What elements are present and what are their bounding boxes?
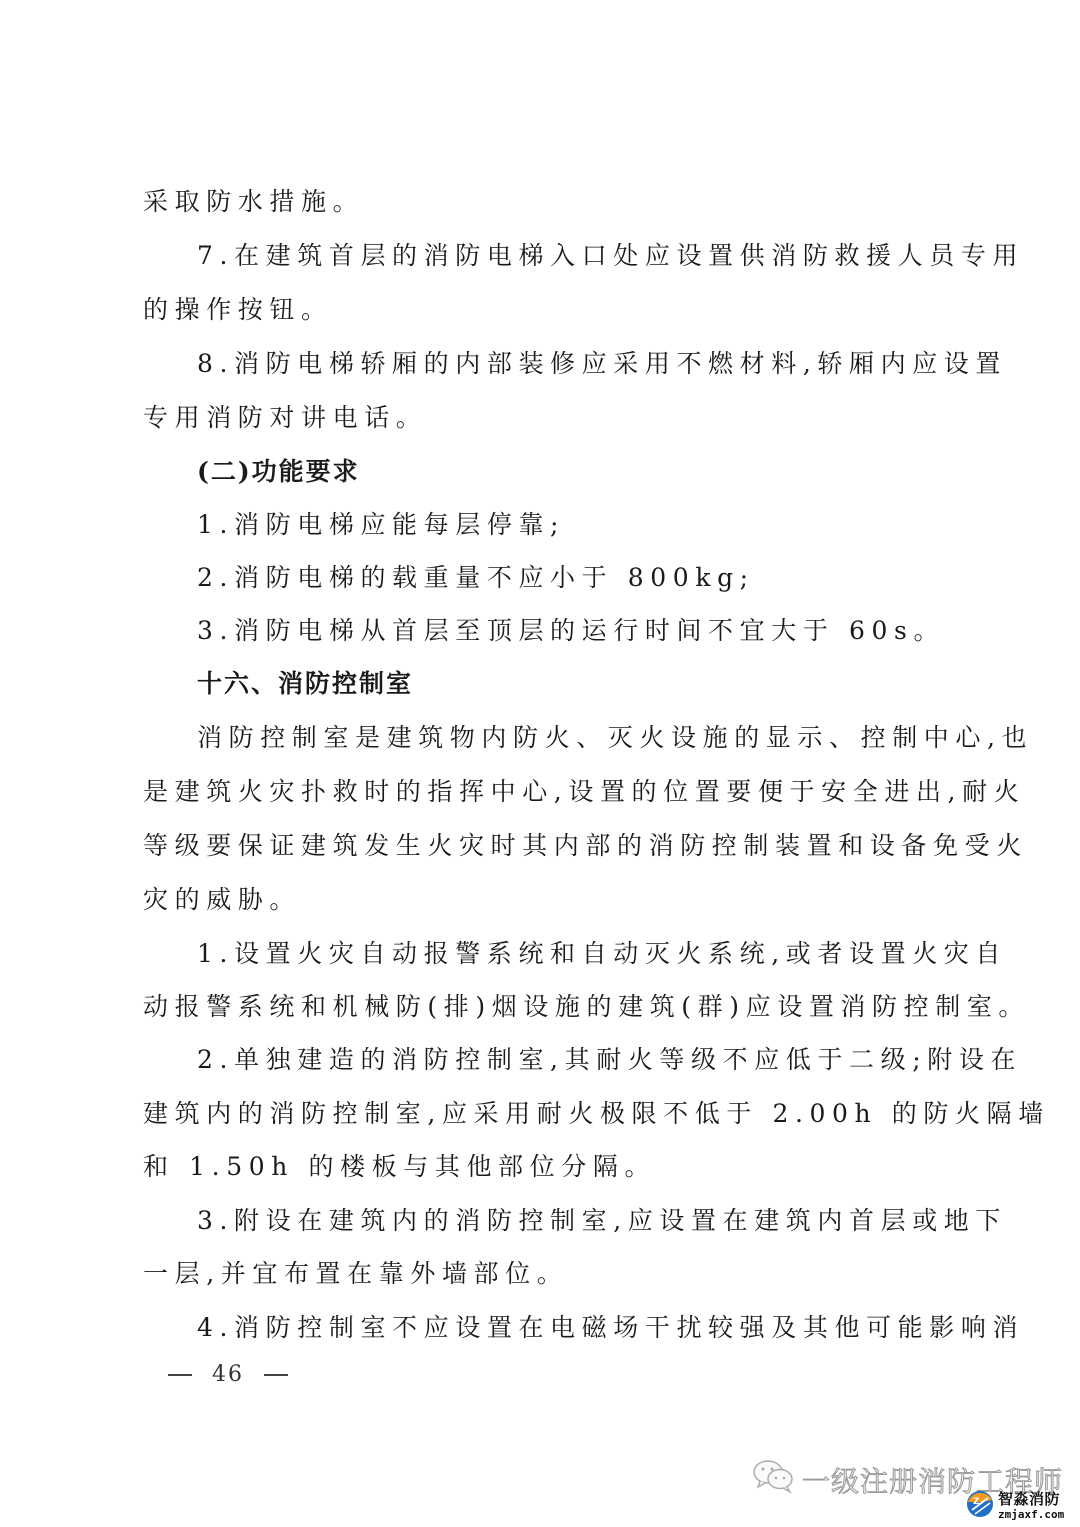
- paragraph-line: 灾的威胁。: [143, 885, 943, 915]
- paragraph-line: 8.消防电梯轿厢的内部装修应采用不燃材料,轿厢内应设置: [197, 349, 997, 379]
- page-number-value: 46: [212, 1362, 244, 1388]
- section-heading: 十六、消防控制室: [197, 669, 997, 699]
- paragraph-line: 3.附设在建筑内的消防控制室,应设置在建筑内首层或地下: [197, 1206, 997, 1236]
- paragraph-line: 等级要保证建筑发生火灾时其内部的消防控制装置和设备免受火: [143, 831, 943, 861]
- paragraph-line: 动报警系统和机械防(排)烟设施的建筑(群)应设置消防控制室。: [143, 992, 943, 1022]
- paragraph-line: 采取防水措施。: [143, 187, 943, 217]
- svg-text:Z: Z: [973, 1497, 980, 1507]
- paragraph-line: 消防控制室是建筑物内防火、灭火设施的显示、控制中心,也: [197, 723, 997, 753]
- logo-url: zmjaxf.com: [998, 1509, 1064, 1520]
- paragraph-line: 是建筑火灾扑救时的指挥中心,设置的位置要便于安全进出,耐火: [143, 777, 943, 807]
- paragraph-line: 和 1.50h 的楼板与其他部位分隔。: [143, 1152, 943, 1182]
- paragraph-line: 3.消防电梯从首层至顶层的运行时间不宜大于 60s。: [197, 616, 997, 646]
- paragraph-line: 1.设置火灾自动报警系统和自动灭火系统,或者设置火灾自: [197, 939, 997, 969]
- site-logo: Z 智淼消防 zmjaxf.com: [966, 1490, 1064, 1522]
- paragraph-line: 2.单独建造的消防控制室,其耐火等级不应低于二级;附设在: [197, 1045, 997, 1075]
- document-page: 采取防水措施。7.在建筑首层的消防电梯入口处应设置供消防救援人员专用的操作按钮。…: [0, 0, 1080, 1527]
- wechat-icon: [752, 1458, 796, 1501]
- logo-icon: Z: [966, 1490, 994, 1522]
- paragraph-line: 1.消防电梯应能每层停靠;: [197, 510, 997, 540]
- dash-left: [168, 1374, 192, 1376]
- section-heading: (二)功能要求: [197, 457, 997, 487]
- page-number: 46: [168, 1362, 288, 1388]
- dash-right: [264, 1374, 288, 1376]
- paragraph-line: 建筑内的消防控制室,应采用耐火极限不低于 2.00h 的防火隔墙: [143, 1099, 943, 1129]
- paragraph-line: 4.消防控制室不应设置在电磁场干扰较强及其他可能影响消: [197, 1313, 997, 1343]
- paragraph-line: 2.消防电梯的载重量不应小于 800kg;: [197, 563, 997, 593]
- paragraph-line: 的操作按钮。: [143, 295, 943, 325]
- paragraph-line: 专用消防对讲电话。: [143, 403, 943, 433]
- paragraph-line: 7.在建筑首层的消防电梯入口处应设置供消防救援人员专用: [197, 241, 997, 271]
- logo-name: 智淼消防: [998, 1492, 1064, 1507]
- paragraph-line: 一层,并宜布置在靠外墙部位。: [143, 1259, 943, 1289]
